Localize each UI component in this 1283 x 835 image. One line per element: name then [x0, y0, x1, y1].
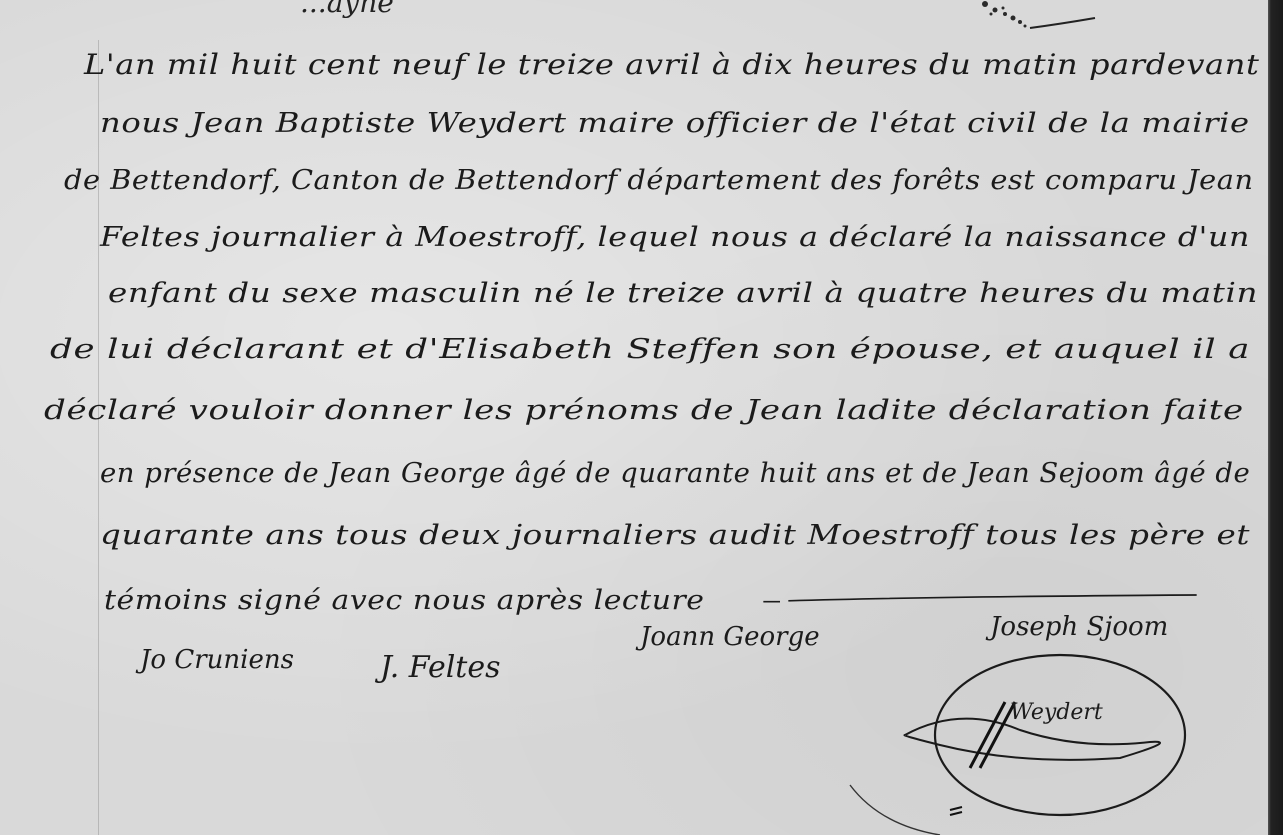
text-line-8: en présence de Jean George âgé de quaran… [100, 458, 1250, 489]
text-line-9: quarante ans tous deux journaliers audit… [100, 520, 1250, 551]
scan-border [1268, 0, 1283, 835]
text-line-6: de lui déclarant et d'Elisabeth Steffen … [50, 334, 1250, 365]
ink-blot-icon [975, 0, 1095, 40]
text-line-10: témoins signé avec nous après lecture [104, 585, 705, 616]
text-line-7: déclaré vouloir donner les prénoms de Je… [44, 395, 1244, 426]
signature-witness-1: Jo Cruniens [140, 645, 294, 675]
signature-witness-2: Joann George [640, 622, 820, 652]
text-line-5: enfant du sexe masculin né le treize avr… [108, 278, 1258, 309]
header-fragment: ...ayne [300, 0, 394, 19]
text-line-1: L'an mil huit cent neuf le treize avril … [84, 48, 1259, 81]
signature-mayor: Weydert [1010, 700, 1103, 725]
signature-declarant: J. Feltes [380, 650, 501, 685]
text-line-4: Feltes journalier à Moestroff, lequel no… [100, 222, 1250, 253]
signature-witness-3: Joseph Sjoom [990, 612, 1168, 642]
closing-dash-line [720, 595, 1240, 605]
margin-rule [98, 40, 99, 835]
document-page: ...ayne L'an mil huit cent neuf le treiz… [0, 0, 1268, 835]
text-line-2: nous Jean Baptiste Weydert maire officie… [100, 108, 1250, 139]
text-line-3: de Bettendorf, Canton de Bettendorf dépa… [64, 165, 1254, 196]
mayor-flourish-icon [820, 650, 1200, 835]
